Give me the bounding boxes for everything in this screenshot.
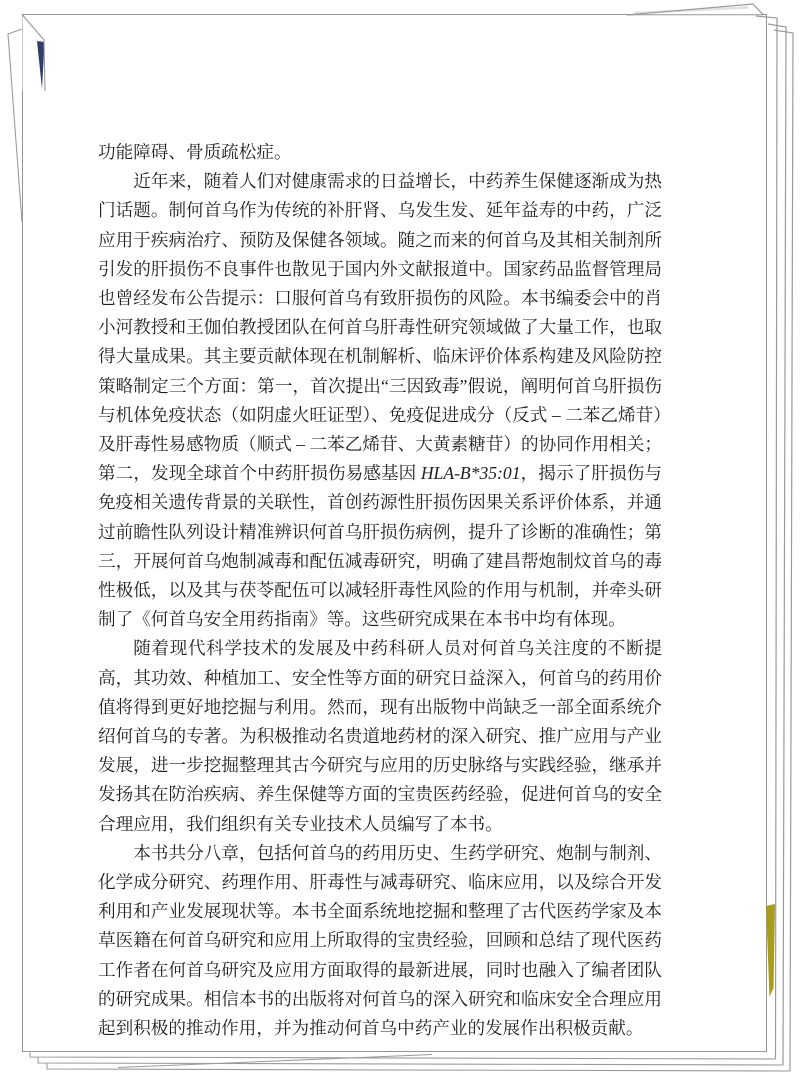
tilted-sliver-top-left-fill bbox=[8, 29, 22, 222]
text-run: 随着现代科学技术的发展及中药科研人员对何首乌关注度的不断提高，其功效、种植加工、… bbox=[98, 638, 662, 833]
stacked-page-edge-right-3 bbox=[774, 30, 793, 1071]
stacked-page-edge-bottom-2 bbox=[38, 1058, 783, 1066]
fanned-corner-line-bottom bbox=[118, 1055, 432, 1068]
paragraph: 本书共分八章，包括何首乌的药用历史、生药学研究、炮制与制剂、化学成分研究、药理作… bbox=[98, 839, 662, 1043]
stacked-page-edge-bottom-1 bbox=[30, 1053, 776, 1060]
stacked-page-edge-bottom-3 bbox=[47, 1064, 790, 1072]
stacked-page-edge-right-2 bbox=[768, 24, 786, 1065]
olive-page-insert bbox=[766, 904, 775, 997]
gene-name-italic: HLA-B*35:01 bbox=[421, 463, 521, 483]
paragraph: 近年来，随着人们对健康需求的日益增长，中药养生保健逐渐成为热门话题。制何首乌作为… bbox=[98, 167, 662, 634]
tilted-corner-top-right-shadow bbox=[634, 8, 748, 14]
text-run: 近年来，随着人们对健康需求的日益增长，中药养生保健逐渐成为热门话题。制何首乌作为… bbox=[98, 171, 662, 483]
paragraph: 随着现代科学技术的发展及中药科研人员对何首乌关注度的不断提高，其功效、种植加工、… bbox=[98, 634, 662, 838]
tilted-sliver-top-left-edge bbox=[8, 29, 22, 222]
text-run: 功能障碍、骨质疏松症。 bbox=[98, 142, 292, 162]
book-page-scan: 功能障碍、骨质疏松症。近年来，随着人们对健康需求的日益增长，中药养生保健逐渐成为… bbox=[0, 0, 800, 1081]
text-run: 本书共分八章，包括何首乌的药用历史、生药学研究、炮制与制剂、化学成分研究、药理作… bbox=[98, 843, 662, 1038]
page-text: 功能障碍、骨质疏松症。近年来，随着人们对健康需求的日益增长，中药养生保健逐渐成为… bbox=[98, 138, 662, 1043]
paragraph: 功能障碍、骨质疏松症。 bbox=[98, 138, 662, 167]
text-run: ，揭示了肝损伤与免疫相关遗传背景的关联性，首创药源性肝损伤因果关系评价体系，并通… bbox=[98, 463, 662, 629]
